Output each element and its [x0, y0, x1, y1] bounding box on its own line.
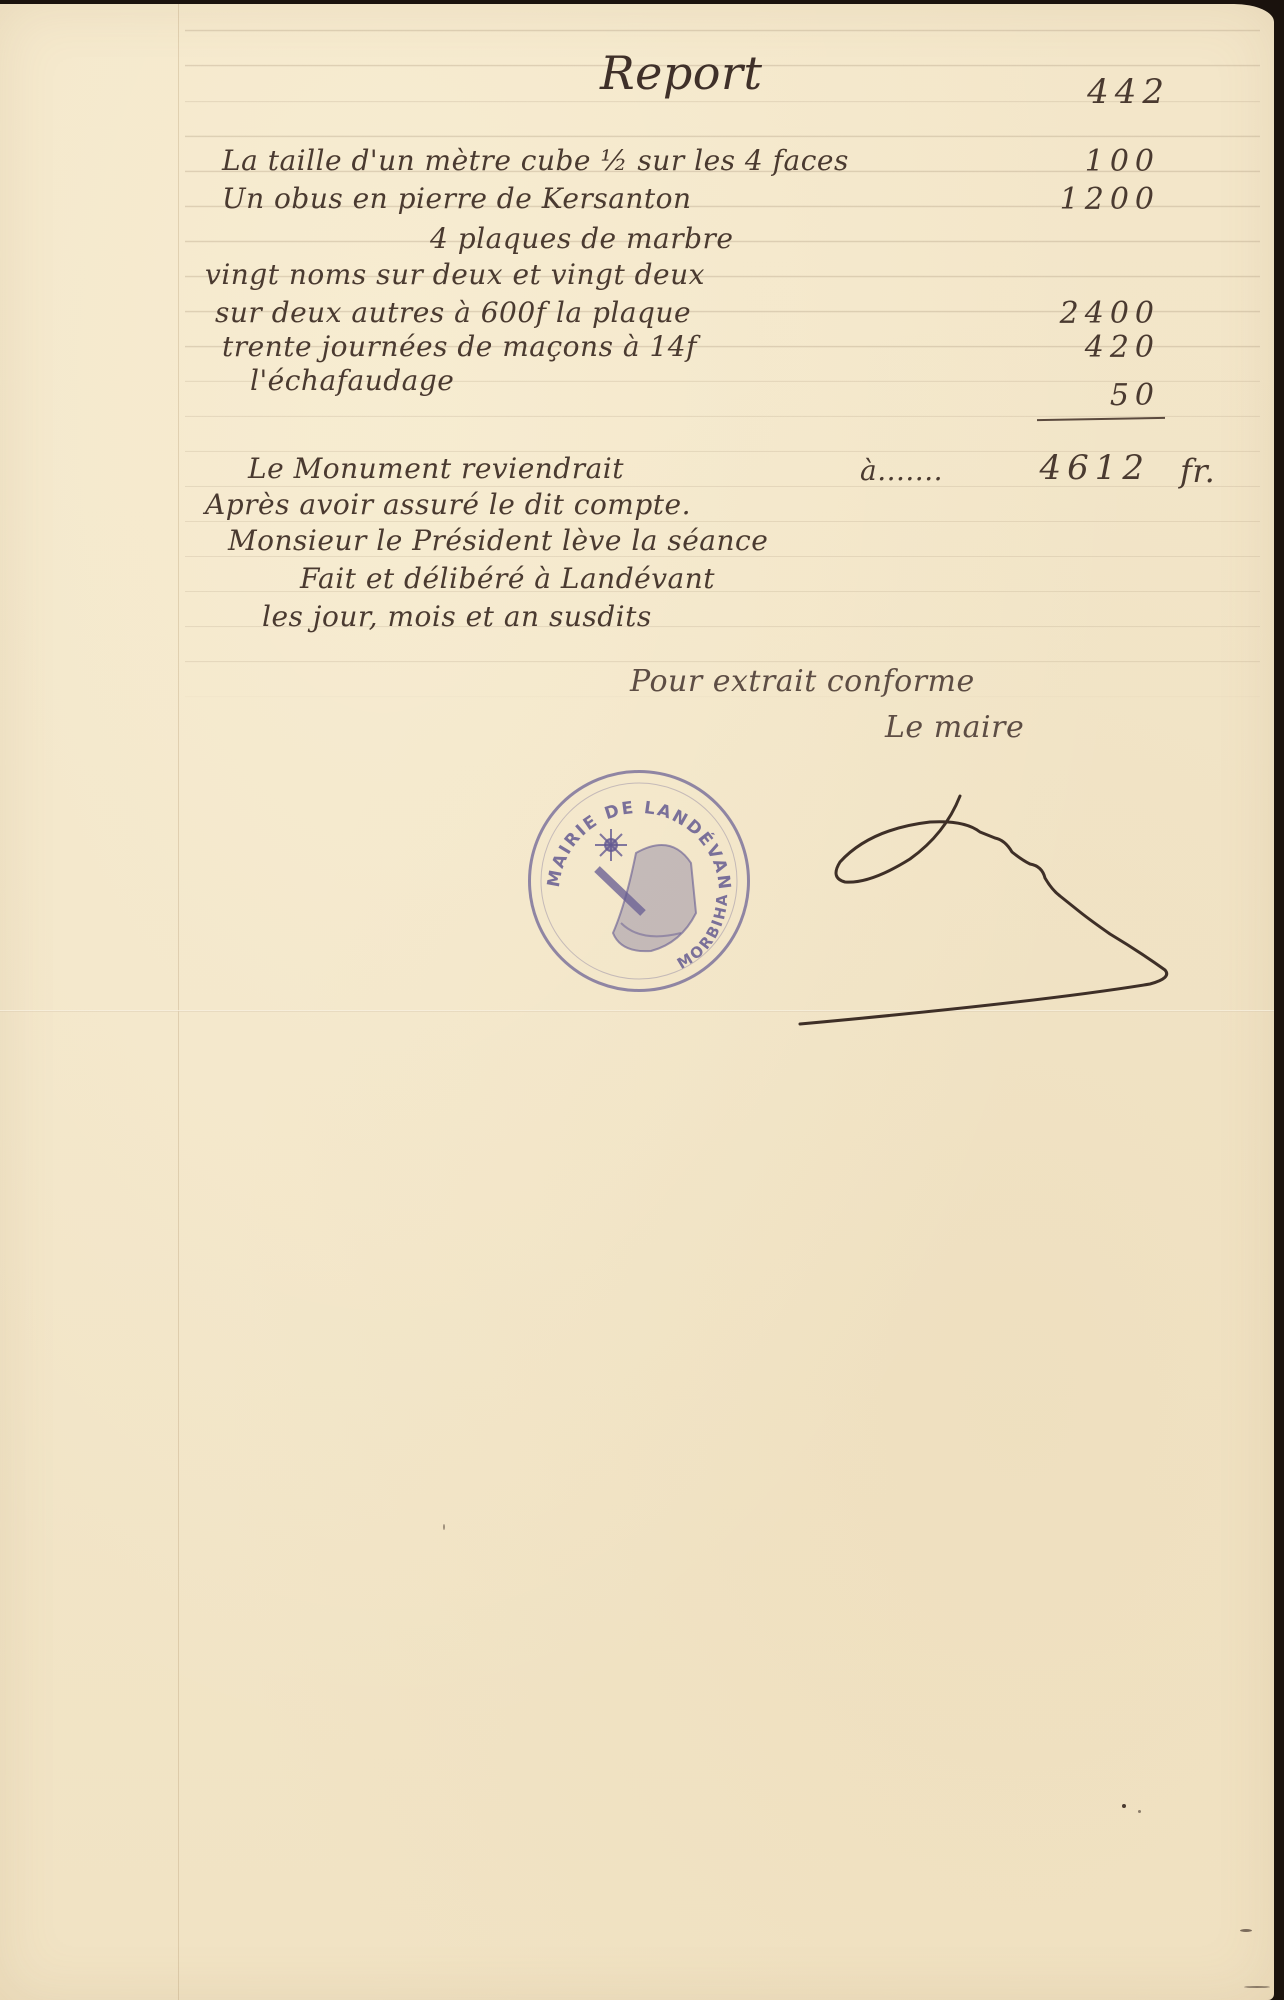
line-item-description: l'échafaudage [250, 364, 454, 397]
report-label: Report [600, 46, 762, 100]
carried-amount: 442 [1000, 72, 1170, 112]
line-item-amount: 50 [990, 378, 1160, 413]
line-item-description: 4 plaques de marbre [430, 222, 734, 255]
mairie-stamp: MAIRIE DE LANDÉVANT MORBIHAN [528, 770, 750, 992]
closing-line: Monsieur le Président lève la séance [228, 524, 768, 557]
line-item-description: sur deux autres à 600f la plaque [215, 296, 691, 329]
line-item-amount: 420 [990, 330, 1160, 365]
closing-line: Après avoir assuré le dit compte. [205, 488, 691, 521]
line-item-amount: 100 [990, 144, 1160, 179]
line-item-amount: 2400 [990, 296, 1160, 331]
closing-line: Fait et délibéré à Landévant [300, 562, 715, 595]
certification-line: Pour extrait conforme [630, 664, 975, 699]
total-label: Le Monument reviendrait [248, 452, 624, 485]
ink-speck [1122, 1804, 1126, 1808]
total-currency: fr. [1180, 452, 1215, 490]
line-item-description: trente journées de maçons à 14f [222, 330, 697, 363]
ink-speck [443, 1524, 445, 1530]
line-item-description: La taille d'un mètre cube ½ sur les 4 fa… [222, 144, 849, 177]
total-amount: 4612 [980, 448, 1150, 488]
ink-speck [1138, 1810, 1141, 1813]
document-page: Report 442 La taille d'un mètre cube ½ s… [0, 4, 1274, 2000]
mayor-signature-icon: Jacolin [790, 774, 1190, 1034]
svg-text:Jacolin: Jacolin [989, 903, 994, 905]
ink-speck [1240, 1929, 1252, 1932]
mayor-title: Le maire [885, 710, 1024, 745]
line-item-description: Un obus en pierre de Kersanton [222, 182, 692, 215]
line-item-amount: 1200 [990, 182, 1160, 217]
line-item-description: vingt noms sur deux et vingt deux [205, 258, 705, 291]
total-leader: à....... [860, 454, 943, 487]
margin-line [178, 4, 179, 2000]
ink-speck [1244, 1986, 1270, 1988]
closing-line: les jour, mois et an susdits [262, 600, 652, 633]
stamp-emblem-icon: MAIRIE DE LANDÉVANT MORBIHAN [531, 773, 747, 989]
